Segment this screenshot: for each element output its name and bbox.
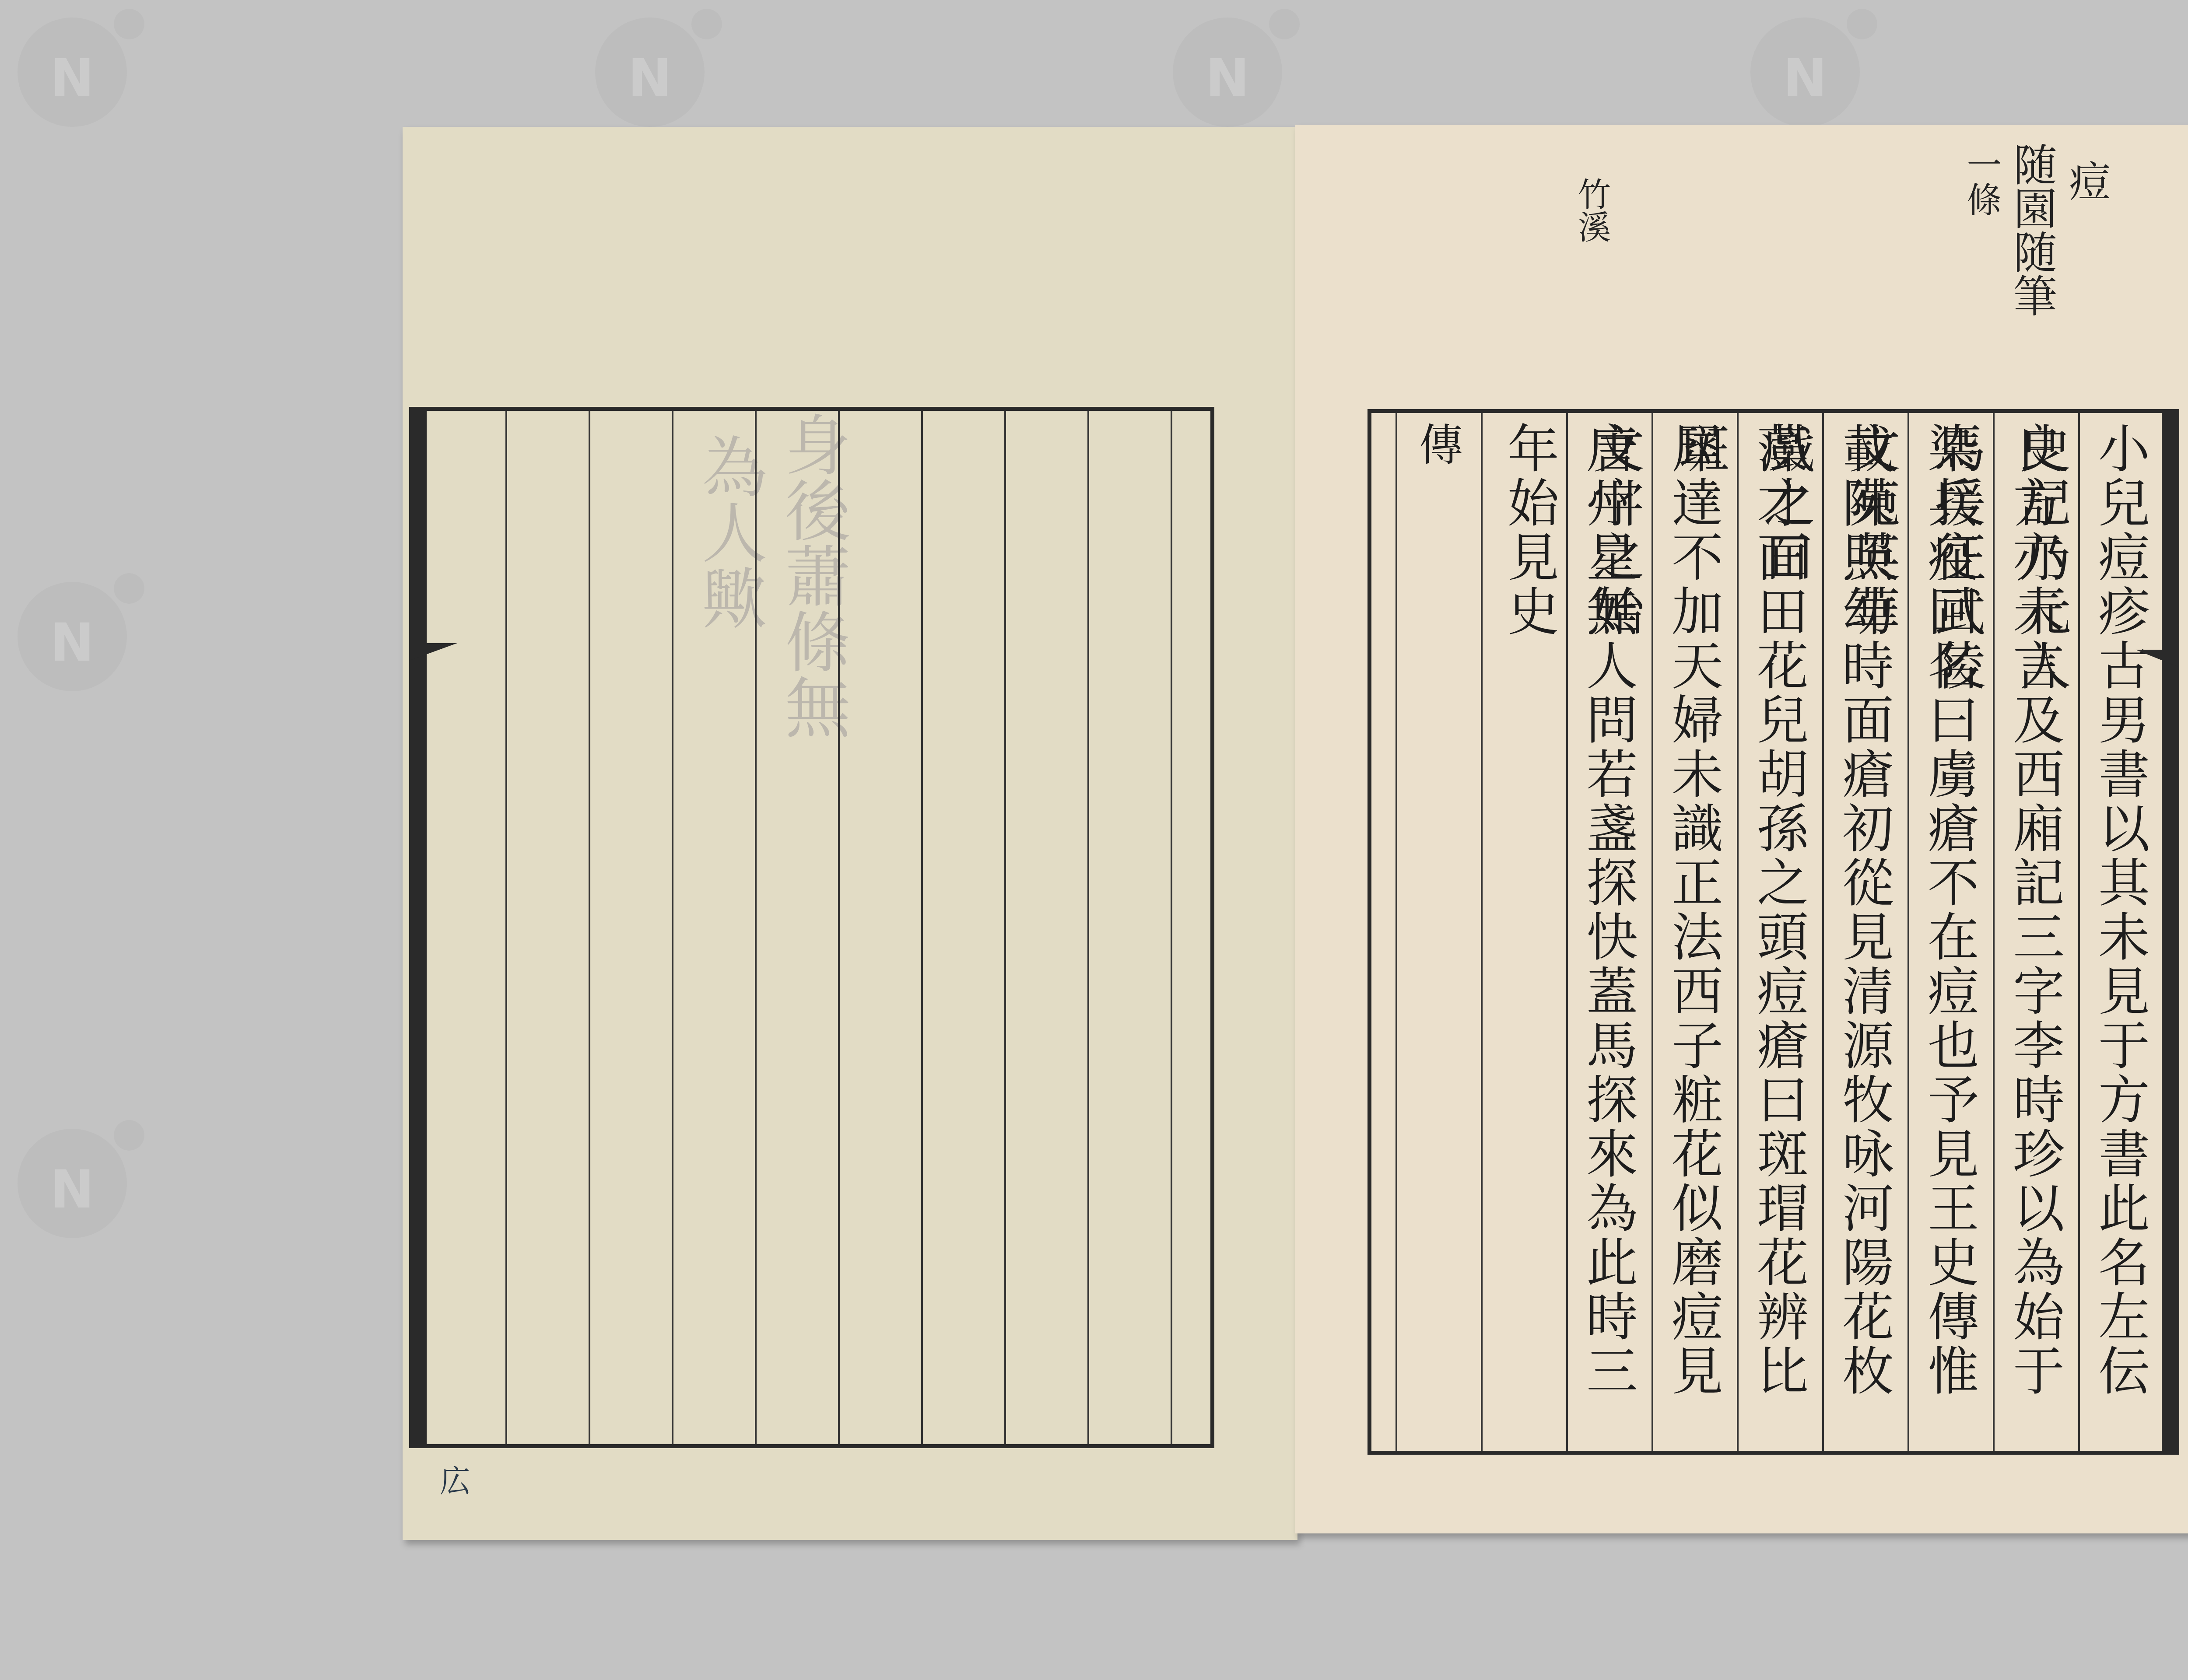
text-column: 犀達不加天婦未識正法西子粧花似磨痘見文字之始 [1654,422,1732,1451]
text-column: 傳 [1398,422,1476,468]
text-column: 小兒痘疹古男書以其未見于方書此名左伝史記乃元人 [2080,422,2159,1451]
header-source-note: 随園随筆 [2000,142,2063,317]
left-page: 身後蕭條無 為人歟 広 [403,127,1297,1540]
watermark-logo: N [18,1129,127,1238]
text-column: 藻才面田花兒胡孫之頭痘瘡曰斑瑁花辨比斑 [1739,422,1818,1451]
page-corner-mark: 広 [440,1457,470,1501]
watermark-logo: N [1173,17,1282,127]
fold-mark [2135,650,2179,667]
right-page: 痘 随園随筆 一條 竹溪 小兒痘疹古男書以其未見于方書此名左伝史記乃元人 良方亦… [1295,125,2188,1533]
right-page-frame: 小兒痘疹古男書以其未見于方書此名左伝史記乃元人 良方亦未言及西廂記三字李時珍以為… [1367,409,2179,1455]
fold-mark [409,643,457,661]
watermark-logo: N [18,17,127,127]
text-column: 染兵疫回名曰虜瘡不在痘也予見王史傳惟文苑英華 [1910,422,1988,1451]
margin-note: 竹溪 [1569,177,1616,243]
watermark-logo: N [1750,17,1860,127]
text-column: 載陳照幼時面瘡初從見清源牧咏河陽花枚戲之曰 [1824,422,1903,1451]
text-column: 唐州星無人問若盞探快蓋馬探來為此時三年始見史 [1568,422,1647,1451]
watermark-logo: N [18,582,127,691]
watermark-logo: N [595,17,705,127]
header-source-sub-note: 一條 [1956,147,2006,217]
header-title-note: 痘 [2057,160,2116,201]
left-page-frame [409,407,1214,1448]
text-column: 良方亦未言及西廂記三字李時珍以為始于馬援征武陵 [1995,422,2074,1451]
